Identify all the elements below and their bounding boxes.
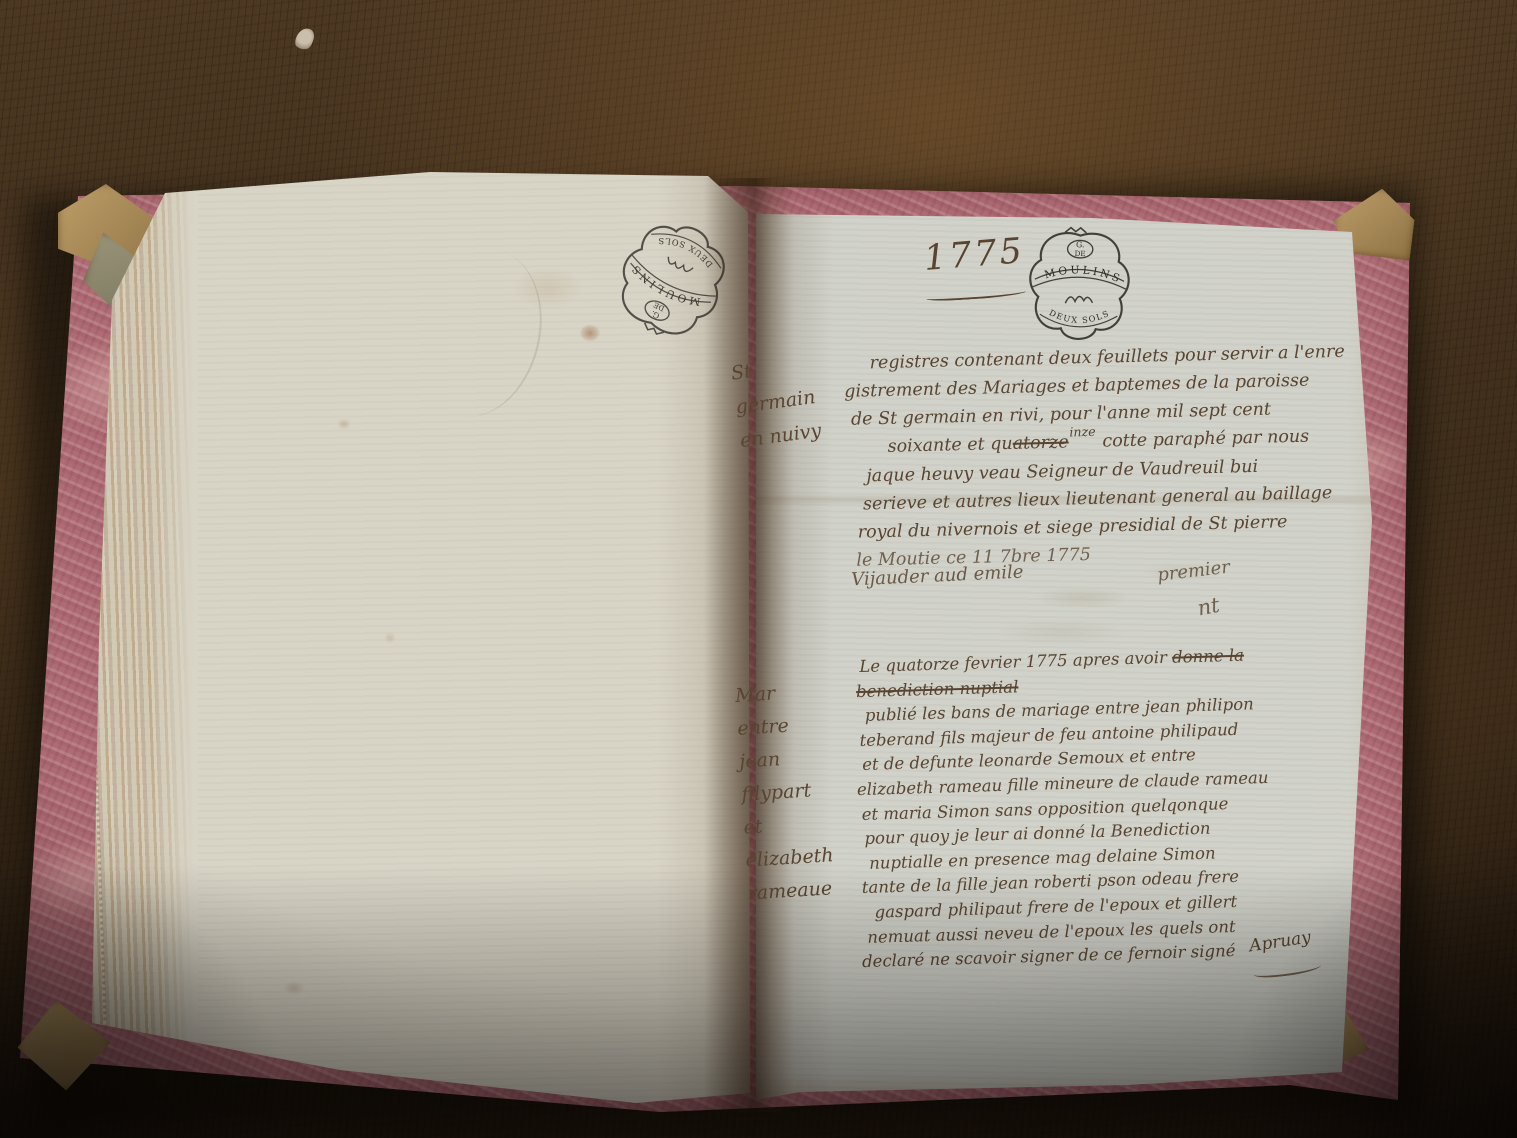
text-line: Mar bbox=[734, 674, 824, 712]
text-line: rameaue bbox=[747, 872, 837, 910]
page-edge-marks bbox=[92, 698, 132, 1029]
text-line: jean bbox=[738, 740, 828, 778]
fiscal-stamp-right: G. DE MOULINS DEUX SOLS bbox=[1019, 225, 1140, 356]
strikethrough-text: atorze bbox=[1012, 432, 1068, 453]
strikethrough-text: donne la bbox=[1172, 646, 1244, 667]
text-fragment: cotte paraphé par nous bbox=[1097, 427, 1310, 452]
strikethrough-text: benediction nuptial bbox=[856, 677, 1019, 701]
right-page-content: 1775 G. DE MOULINS DEUX bbox=[747, 197, 1400, 1109]
text-fragment: soixante et qu bbox=[887, 434, 1013, 457]
text-line: filypart bbox=[741, 773, 831, 811]
stamp-text-de: DE bbox=[1074, 249, 1085, 258]
text-line: entre bbox=[736, 707, 826, 745]
signature-flourish: nt bbox=[1196, 593, 1222, 621]
svg-text:MOULINS: MOULINS bbox=[1043, 262, 1125, 286]
stamp-text-moulins: MOULINS bbox=[1043, 262, 1125, 286]
register-header-paragraph: registres contenant deux feuillets pour … bbox=[843, 338, 1358, 575]
year-underline bbox=[926, 288, 1026, 302]
marriage-act-paragraph: Le quatorze fevrier 1775 apres avoir don… bbox=[847, 640, 1376, 975]
photo-scene: G. DE MOULINS DEUX SOLS 1775 bbox=[0, 0, 1517, 1138]
year-heading: 1775 bbox=[922, 231, 1026, 279]
margin-note-marriage: Mar entre jean filypart et elizabeth ram… bbox=[734, 674, 836, 910]
text-line: elizabeth bbox=[745, 839, 835, 877]
margin-note-parish: St germain en nuivy bbox=[729, 346, 823, 458]
left-page: G. DE MOULINS DEUX SOLS bbox=[88, 168, 752, 1108]
text-line: et bbox=[743, 806, 833, 844]
inserted-word: inze bbox=[1069, 418, 1096, 447]
